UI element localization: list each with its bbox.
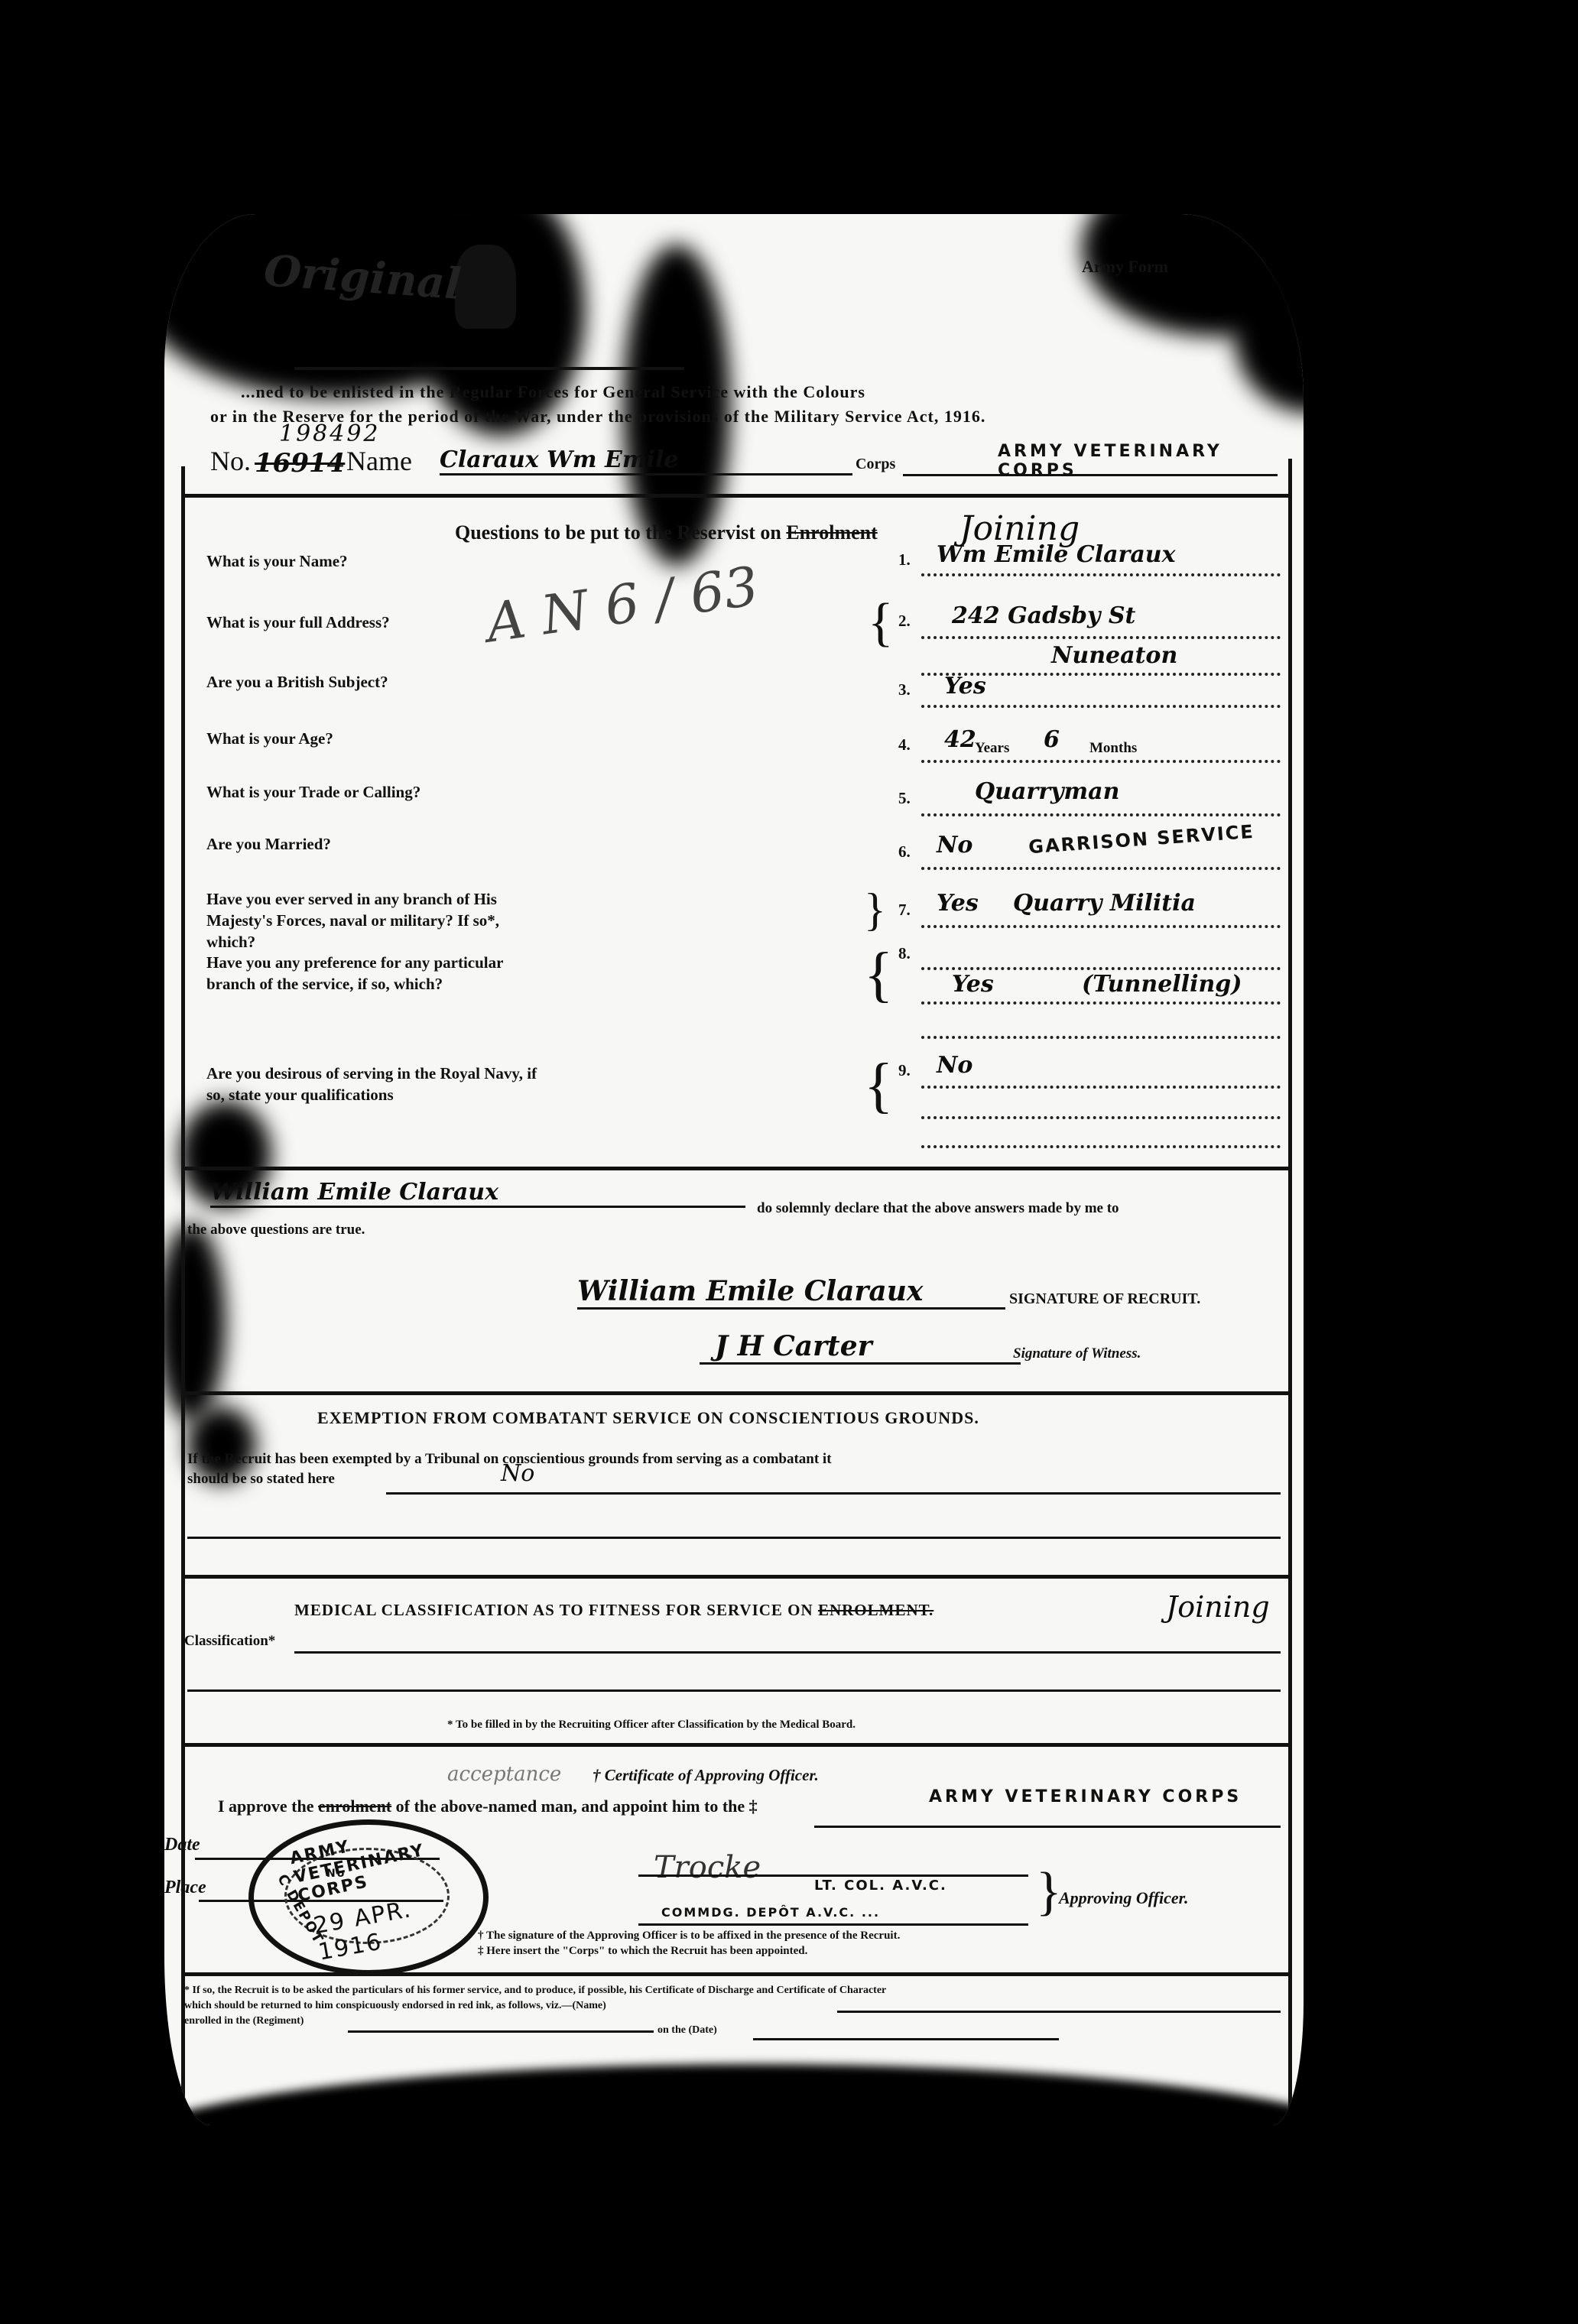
question-3: Are you a British Subject? xyxy=(206,671,388,693)
answer-9-number: 9. xyxy=(898,1061,911,1080)
answer-5: Quarryman xyxy=(975,778,1119,805)
answer-5-number: 5. xyxy=(898,789,911,808)
stamp-no-label: No xyxy=(326,1868,346,1880)
answer-4-years: 42 xyxy=(944,726,976,753)
brace: { xyxy=(868,596,894,650)
answer-7-number: 7. xyxy=(898,901,911,920)
footer-line-3-suffix: on the (Date) xyxy=(657,2024,717,2037)
answer-8-line-3 xyxy=(921,1036,1281,1039)
footer-line-3-prefix: enrolled in the (Regiment) xyxy=(184,2015,304,2027)
answer-2-line2: Nuneaton xyxy=(1051,642,1177,669)
enlistment-form-document: Original Army Form ...ned to be enlisted… xyxy=(164,214,1304,2125)
answer-4-line xyxy=(921,760,1281,763)
side-marks: A N 6 / 63 xyxy=(482,554,762,654)
answer-8-line-2 xyxy=(921,1001,1281,1005)
exemption-text-2: should be so stated here xyxy=(187,1471,335,1488)
classification-line-2 xyxy=(187,1689,1281,1692)
name-value: Claraux Wm Emile xyxy=(440,446,852,476)
question-8: Have you any preference for any particul… xyxy=(206,952,543,995)
years-label: Years xyxy=(975,740,1009,757)
answer-6: No xyxy=(937,832,972,859)
brace: } xyxy=(1036,1865,1062,1919)
medical-heading-joining: Joining xyxy=(1166,1590,1270,1624)
name-label: Name xyxy=(346,445,412,477)
footer-regiment-line xyxy=(348,2030,654,2033)
answer-3-number: 3. xyxy=(898,680,911,699)
exemption-answer: No xyxy=(501,1460,534,1487)
garrison-service-stamp: GARRISON SERVICE xyxy=(1028,821,1255,859)
medical-heading: MEDICAL CLASSIFICATION AS TO FITNESS FOR… xyxy=(294,1601,933,1620)
approve-struck: enrolment xyxy=(318,1797,391,1816)
classification-line xyxy=(294,1651,1281,1654)
declaration-text-2: the above questions are true. xyxy=(187,1222,365,1238)
answer-1-line xyxy=(921,573,1281,576)
place-label: Place xyxy=(164,1878,206,1898)
answer-6-number: 6. xyxy=(898,842,911,862)
corps-stamp: ARMY VETERINARY CORPS xyxy=(998,442,1304,480)
question-2: What is your full Address? xyxy=(206,612,390,633)
answer-8-detail: (Tunnelling) xyxy=(1082,971,1242,998)
months-label: Months xyxy=(1089,740,1137,757)
answer-4-number: 4. xyxy=(898,735,911,755)
appointed-corps-line xyxy=(814,1826,1281,1828)
number-label: No. xyxy=(210,445,251,477)
question-4: What is your Age? xyxy=(206,728,333,749)
answer-7: Yes xyxy=(937,890,979,917)
answer-1: Wm Emile Claraux xyxy=(937,541,1175,568)
brace: } xyxy=(864,887,886,933)
intro-line-1: ...ned to be enlisted in the Regular For… xyxy=(241,382,1288,402)
answer-7-line xyxy=(921,925,1281,928)
witness-signature: J H Carter xyxy=(700,1330,1021,1365)
certificate-handwritten-note: acceptance xyxy=(447,1763,561,1786)
footer-line-1: * If so, the Recruit is to be asked the … xyxy=(184,1985,1285,1997)
recruit-signature: William Emile Claraux xyxy=(577,1275,1005,1310)
answer-5-line xyxy=(921,813,1281,816)
brace: { xyxy=(864,1055,893,1116)
rule-questions-end xyxy=(181,1167,1290,1170)
answer-2-line xyxy=(921,636,1281,639)
note-double-dagger: ‡ Here insert the "Corps" to which the R… xyxy=(478,1945,807,1958)
answer-1-number: 1. xyxy=(898,550,911,570)
exemption-text-1: If the Recruit has been exempted by a Tr… xyxy=(187,1451,1281,1468)
answer-9-line-3 xyxy=(921,1145,1281,1148)
question-1: What is your Name? xyxy=(206,550,348,572)
frame-left xyxy=(181,466,185,2125)
exemption-line xyxy=(386,1492,1281,1495)
royal-crest-icon xyxy=(455,245,516,329)
approve-text: I approve the enrolment of the above-nam… xyxy=(218,1797,758,1816)
appointed-corps-stamp: ARMY VETERINARY CORPS xyxy=(929,1787,1242,1806)
answer-9-line-2 xyxy=(921,1116,1281,1119)
approving-officer-label: Approving Officer. xyxy=(1059,1888,1188,1908)
rule-top xyxy=(181,494,1290,498)
witness-signature-label: Signature of Witness. xyxy=(1013,1345,1141,1362)
scan-damage xyxy=(164,2064,1304,2125)
question-9: Are you desirous of serving in the Royal… xyxy=(206,1063,543,1105)
scan-damage xyxy=(623,245,730,566)
number-struck: 16914 xyxy=(255,448,345,479)
army-form-label: Army Form xyxy=(1082,257,1168,277)
question-7: Have you ever served in any branch of Hi… xyxy=(206,888,543,953)
officer-title-line xyxy=(638,1923,1028,1926)
medical-heading-struck: ENROLMENT. xyxy=(818,1601,933,1619)
heading-struck: Enrolment xyxy=(786,521,877,544)
officer-title-1: LT. COL. A.V.C. xyxy=(814,1878,947,1894)
corps-label: Corps xyxy=(856,456,895,473)
answer-4-months: 6 xyxy=(1044,726,1060,753)
answer-9: No xyxy=(937,1052,972,1079)
answer-7-detail: Quarry Militia xyxy=(1013,890,1196,917)
answer-2: 242 Gadsby St xyxy=(952,602,1135,629)
header-rule xyxy=(294,367,684,370)
answer-3-line xyxy=(921,705,1281,708)
officer-title-2: COMMDG. DEPÔT A.V.C. ... xyxy=(661,1905,880,1920)
answer-2-number: 2. xyxy=(898,612,911,631)
declaration-text-1: do solemnly declare that the above answe… xyxy=(757,1200,1119,1217)
officer-signature: Trocke xyxy=(654,1850,761,1885)
footer-name-line xyxy=(837,2011,1281,2013)
number-value: 198492 xyxy=(279,420,381,447)
question-6: Are you Married? xyxy=(206,833,331,855)
medical-footnote: * To be filled in by the Recruiting Offi… xyxy=(447,1719,856,1732)
certificate-heading: † Certificate of Approving Officer. xyxy=(593,1766,819,1785)
footer-date-line xyxy=(753,2038,1059,2040)
brace: { xyxy=(864,944,893,1005)
answer-8-line xyxy=(921,967,1281,970)
questions-heading: Questions to be put to the Reservist on … xyxy=(455,521,878,544)
note-dagger: † The signature of the Approving Officer… xyxy=(478,1930,900,1943)
date-label: Date xyxy=(164,1835,200,1855)
rule-exemption-end xyxy=(181,1575,1290,1579)
frame-right xyxy=(1288,459,1292,2125)
answer-6-line xyxy=(921,867,1281,870)
declarant-name: William Emile Claraux xyxy=(210,1179,745,1208)
army-veterinary-corps-stamp: ARMY VETERINARY CORPS No 29 APR. 1916 C … xyxy=(248,1819,489,1975)
rule-declaration-end xyxy=(181,1391,1290,1395)
officer-signature-line xyxy=(638,1874,1028,1877)
answer-8-number: 8. xyxy=(898,944,911,963)
rule-certificate-end xyxy=(181,1972,1290,1976)
answer-8: Yes xyxy=(952,971,994,998)
recruit-signature-label: SIGNATURE OF RECRUIT. xyxy=(1009,1290,1200,1308)
answer-9-line xyxy=(921,1086,1281,1089)
footer-line-2: which should be returned to him conspicu… xyxy=(184,2000,606,2012)
exemption-line-2 xyxy=(187,1537,1281,1539)
classification-label: Classification* xyxy=(184,1633,275,1650)
exemption-heading: EXEMPTION FROM COMBATANT SERVICE ON CONS… xyxy=(317,1408,979,1428)
answer-3: Yes xyxy=(944,673,986,699)
question-5: What is your Trade or Calling? xyxy=(206,781,420,803)
rule-medical-end xyxy=(181,1743,1290,1747)
